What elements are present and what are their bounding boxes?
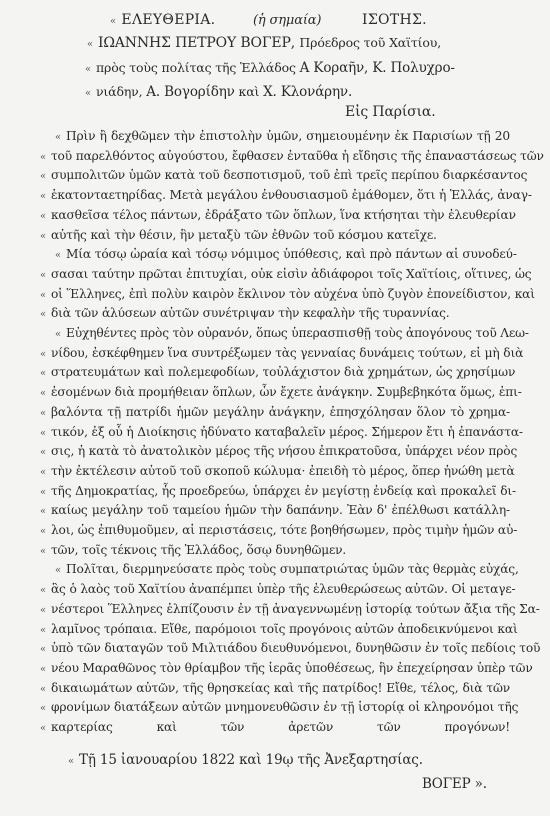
quote-mark: « [40, 684, 46, 695]
body-line: «αὐτῆς καὶ τὴν θέσιν, ἣν μεταξὺ τῶν ἐθνῶ… [40, 227, 510, 245]
motto-right: ΙΣΟΤΗΣ. [362, 12, 427, 28]
quote-mark: « [68, 756, 74, 767]
recipients-line-2: «νιάδην, Α. Βογορίδην καὶ Χ. Κλονάρην. [85, 84, 352, 102]
quote-mark: « [40, 644, 46, 655]
body-line: «τῶν, τοῖς τέκνοις τῆς Ἑλλάδος, ὅσῳ δυνη… [40, 542, 510, 560]
body-line: «κασθεῖσα τέλος πάντων, ἐδράξατο τῶν ὅπλ… [40, 207, 510, 225]
body-line: «ἑκατονταετηρίδας. Μετὰ μεγάλου ἐνθουσια… [40, 187, 510, 205]
body-line-text: Μία τόσῳ ὡραία καὶ τόσῳ νόμιμος ὑπόθεσις… [66, 247, 517, 261]
quote-mark: « [40, 723, 46, 734]
body-line: «δικαιωμάτων αὐτῶν, τῆς θρησκείας καὶ τῆ… [40, 680, 510, 698]
body-line: «καίως μεγάλην τοῦ ταμείου ἡμῶν τὴν δαπά… [40, 502, 510, 520]
quote-mark: « [110, 16, 116, 27]
body-line: «τῆς Δημοκρατίας, ἧς προεδρεύω, ὑπάρχει … [40, 483, 510, 501]
body-line: «οἱ Ἕλληνες, ἐπὶ πολὺν καιρὸν ἔκλινον τὸ… [40, 286, 510, 304]
body-line: «Πολῖται, διερμηνεύσατε πρὸς τοὺς συμπατ… [55, 561, 510, 579]
body-line: «Μία τόσῳ ὡραία καὶ τόσῳ νόμιμος ὑπόθεσι… [55, 246, 510, 264]
body-line-text: τοῦ παρελθόντος αὐγούστου, ἔφθασεν ἐνταῦ… [51, 149, 544, 163]
date-line: «Τῇ 15 ἰανουαρίου 1822 καὶ 19ῳ τῆς Ἀνεξα… [68, 752, 423, 770]
body-line-text: συμπολιτῶν ὑμῶν κατὰ τοῦ δεσποτισμοῦ, το… [51, 168, 527, 182]
body-line-text: ὑπὸ τῶν διαταγῶν τοῦ Μιλτιάδου διευθυνόμ… [51, 641, 540, 655]
body-line: «διὰ τῶν ἁλύσεων αὐτῶν συνέτριψαν τὴν κε… [40, 305, 510, 323]
body-line: «βαλόντα τῇ πατρίδι ἡμῶν μεγάλην ἀνάγκην… [40, 404, 510, 422]
motto-left: «ΕΛΕΥΘΕΡΙΑ. [110, 12, 215, 30]
body-line: «καρτερίας καὶ τῶν ἀρετῶν τῶν προγόνων! [40, 719, 510, 737]
quote-mark: « [40, 171, 46, 182]
quote-mark: « [40, 290, 46, 301]
body-line-text: δικαιωμάτων αὐτῶν, τῆς θρησκείας καὶ τῆς… [51, 681, 510, 695]
recipient-name: Χ. Κλονάρην. [263, 84, 352, 100]
quote-mark: « [40, 368, 46, 379]
body-line: «Πρὶν ἢ δεχθῶμεν τὴν ἐπιστολὴν ὑμῶν, σημ… [55, 128, 510, 146]
sender-name: ΙΩΑΝΝΗΣ ΠΕΤΡΟΥ ΒΟΓΕΡ, [98, 35, 295, 51]
quote-mark: « [40, 211, 46, 222]
body-line-text: Εὐχηθέντες πρὸς τὸν οὐρανόν, ὅπως ὑπερασ… [66, 326, 529, 340]
quote-mark: « [40, 309, 46, 320]
recipients-line-1: «πρὸς τοὺς πολίτας τῆς Ἑλλάδος Α Κοραῆν,… [85, 60, 455, 78]
body-line: «νίδου, ἐσκέφθημεν ἵνα συντρέξωμεν τὰς γ… [40, 345, 510, 363]
body-line: «σις, ἡ κατὰ τὸ ἀνατολικὸν μέρος τῆς νήσ… [40, 443, 510, 461]
body-line-text: τὴν ἐκτέλεσιν αὐτοῦ τοῦ σκοποῦ κώλυμα· ἐ… [51, 464, 515, 478]
quote-mark: « [55, 250, 61, 261]
quote-mark: « [40, 625, 46, 636]
sender-line: «ΙΩΑΝΝΗΣ ΠΕΤΡΟΥ ΒΟΓΕΡ, Πρόεδρος τοῦ Χαϊτ… [87, 35, 441, 53]
body-line-text: νέστεροι Ἕλληνες ἐλπίζουσιν ἐν τῇ ἀναγεν… [51, 602, 540, 616]
body-line-text: διὰ τῶν ἁλύσεων αὐτῶν συνέτριψαν τὴν κεφ… [51, 306, 450, 320]
body-line-text: αὐτῆς καὶ τὴν θέσιν, ἣν μεταξὺ τῶν ἐθνῶν… [51, 228, 437, 242]
body-line-text: βαλόντα τῇ πατρίδι ἡμῶν μεγάλην ἀνάγκην,… [51, 405, 510, 419]
body-line: «ἃς ὁ λαὸς τοῦ Χαϊτίου ἀναπέμπει ὑπὲρ τῆ… [40, 581, 510, 599]
destination: Εἰς Παρίσια. [345, 104, 436, 120]
body-line-text: ἃς ὁ λαὸς τοῦ Χαϊτίου ἀναπέμπει ὑπὲρ τῆς… [51, 582, 516, 596]
body-line: «φρονίμων διατάξεων αὐτῶν μνημονευθῶσιν … [40, 699, 510, 717]
quote-mark: « [85, 64, 91, 75]
quote-mark: « [40, 428, 46, 439]
quote-mark: « [55, 329, 61, 340]
quote-mark: « [55, 132, 61, 143]
quote-mark: « [40, 152, 46, 163]
quote-mark: « [40, 585, 46, 596]
quote-mark: « [87, 39, 93, 50]
motto-liberty: ΕΛΕΥΘΕΡΙΑ. [121, 12, 215, 28]
recipient-name: νιάδην, [96, 84, 142, 99]
body-line: «νέου Μαραθῶνος τὸν θρίαμβον τῆς ἱερᾶς ὑ… [40, 660, 510, 678]
recipients-text: πρὸς τοὺς πολίτας τῆς Ἑλλάδος [96, 60, 296, 75]
body-line-text: τῶν, τοῖς τέκνοις τῆς Ἑλλάδος, ὅσῳ δυνηθ… [51, 543, 346, 557]
body-line: «σασαι ταύτην πρῶται ἐπιτυχίαι, οὐκ εἰσὶ… [40, 266, 510, 284]
quote-mark: « [40, 388, 46, 399]
quote-mark: « [40, 487, 46, 498]
body-line: «λαμῖνος τρόπαια. Εἴθε, παρόμοιοι τοῖς π… [40, 621, 510, 639]
document-page: «ΕΛΕΥΘΕΡΙΑ. (ἡ σημαία) ΙΣΟΤΗΣ. «ΙΩΑΝΝΗΣ … [0, 0, 550, 816]
body-line: «τοῦ παρελθόντος αὐγούστου, ἔφθασεν ἐντα… [40, 148, 510, 166]
quote-mark: « [40, 349, 46, 360]
quote-mark: « [85, 88, 91, 99]
body-line-text: Πολῖται, διερμηνεύσατε πρὸς τοὺς συμπατρ… [66, 562, 519, 576]
quote-mark: « [40, 546, 46, 557]
body-line-text: λοι, ὡς ἐπιθυμοῦμεν, αἱ περιστάσεις, τότ… [51, 523, 517, 537]
quote-mark: « [40, 703, 46, 714]
body-line-text: οἱ Ἕλληνες, ἐπὶ πολὺν καιρὸν ἔκλινον τὸν… [51, 287, 535, 301]
quote-mark: « [40, 506, 46, 517]
body-line-text: κασθεῖσα τέλος πάντων, ἐδράξατο τῶν ὅπλω… [51, 208, 516, 222]
date-text: Τῇ 15 ἰανουαρίου 1822 καὶ 19ῳ τῆς Ἀνεξαρ… [79, 752, 423, 768]
body-line: «ἐσομένων διὰ προμήθειαν ὅπλων, ὧν ἔχετε… [40, 384, 510, 402]
quote-mark: « [40, 191, 46, 202]
quote-mark: « [40, 447, 46, 458]
quote-mark: « [40, 605, 46, 616]
body-line-text: σασαι ταύτην πρῶται ἐπιτυχίαι, οὐκ εἰσὶν… [51, 267, 532, 281]
body-line-text: τικόν, ἐξ οὗ ἡ Διοίκησις ἠδύνατο καταβαλ… [51, 425, 523, 439]
motto-center: (ἡ σημαία) [253, 13, 321, 29]
body-line-text: τῆς Δημοκρατίας, ἧς προεδρεύω, ὑπάρχει ἐ… [51, 484, 516, 498]
body-line: «τὴν ἐκτέλεσιν αὐτοῦ τοῦ σκοποῦ κώλυμα· … [40, 463, 510, 481]
body-line: «νέστεροι Ἕλληνες ἐλπίζουσιν ἐν τῇ ἀναγε… [40, 601, 510, 619]
quote-mark: « [40, 270, 46, 281]
body-line-text: σις, ἡ κατὰ τὸ ἀνατολικὸν μέρος τῆς νήσο… [51, 444, 517, 458]
quote-mark: « [40, 231, 46, 242]
body-line-text: νέου Μαραθῶνος τὸν θρίαμβον τῆς ἱερᾶς ὑπ… [51, 661, 533, 675]
body-line: «ὑπὸ τῶν διαταγῶν τοῦ Μιλτιάδου διευθυνό… [40, 640, 510, 658]
body-line-text: καίως μεγάλην τοῦ ταμείου ἡμῶν τὴν δαπάν… [51, 503, 510, 517]
sender-title: Πρόεδρος τοῦ Χαϊτίου, [299, 35, 441, 50]
quote-mark: « [40, 664, 46, 675]
body-line: «συμπολιτῶν ὑμῶν κατὰ τοῦ δεσποτισμοῦ, τ… [40, 167, 510, 185]
signature: ΒΟΓΕΡ ». [422, 776, 487, 792]
quote-mark: « [40, 467, 46, 478]
quote-mark: « [40, 526, 46, 537]
body-line-text: λαμῖνος τρόπαια. Εἴθε, παρόμοιοι τοῖς πρ… [51, 622, 518, 636]
recipient-names: Α Κοραῆν, Κ. Πολυχρο- [300, 60, 455, 76]
body-line: «στρατευμάτων καὶ πολεμεφοδίων, τοὐλάχισ… [40, 364, 510, 382]
recipient-name: Α. Βογορίδην [146, 84, 234, 100]
body-line-text: ἐσομένων διὰ προμήθειαν ὅπλων, ὧν ἔχετε … [51, 385, 522, 399]
body-line-text: Πρὶν ἢ δεχθῶμεν τὴν ἐπιστολὴν ὑμῶν, σημε… [66, 129, 510, 143]
body-line: «λοι, ὡς ἐπιθυμοῦμεν, αἱ περιστάσεις, τό… [40, 522, 510, 540]
body-line-text: φρονίμων διατάξεων αὐτῶν μνημονευθῶσιν ἐ… [51, 700, 518, 714]
body-line-text: ἑκατονταετηρίδας. Μετὰ μεγάλου ἐνθουσιασ… [51, 188, 532, 202]
quote-mark: « [40, 408, 46, 419]
quote-mark: « [55, 565, 61, 576]
body-line: «τικόν, ἐξ οὗ ἡ Διοίκησις ἠδύνατο καταβα… [40, 424, 510, 442]
body-line: «Εὐχηθέντες πρὸς τὸν οὐρανόν, ὅπως ὑπερα… [55, 325, 510, 343]
conjunction: καὶ [239, 84, 260, 99]
body-line-text: καρτερίας καὶ τῶν ἀρετῶν τῶν προγόνων! [51, 720, 510, 734]
body-line-text: στρατευμάτων καὶ πολεμεφοδίων, τοὐλάχιστ… [51, 365, 515, 379]
body-line-text: νίδου, ἐσκέφθημεν ἵνα συντρέξωμεν τὰς γε… [51, 346, 523, 360]
